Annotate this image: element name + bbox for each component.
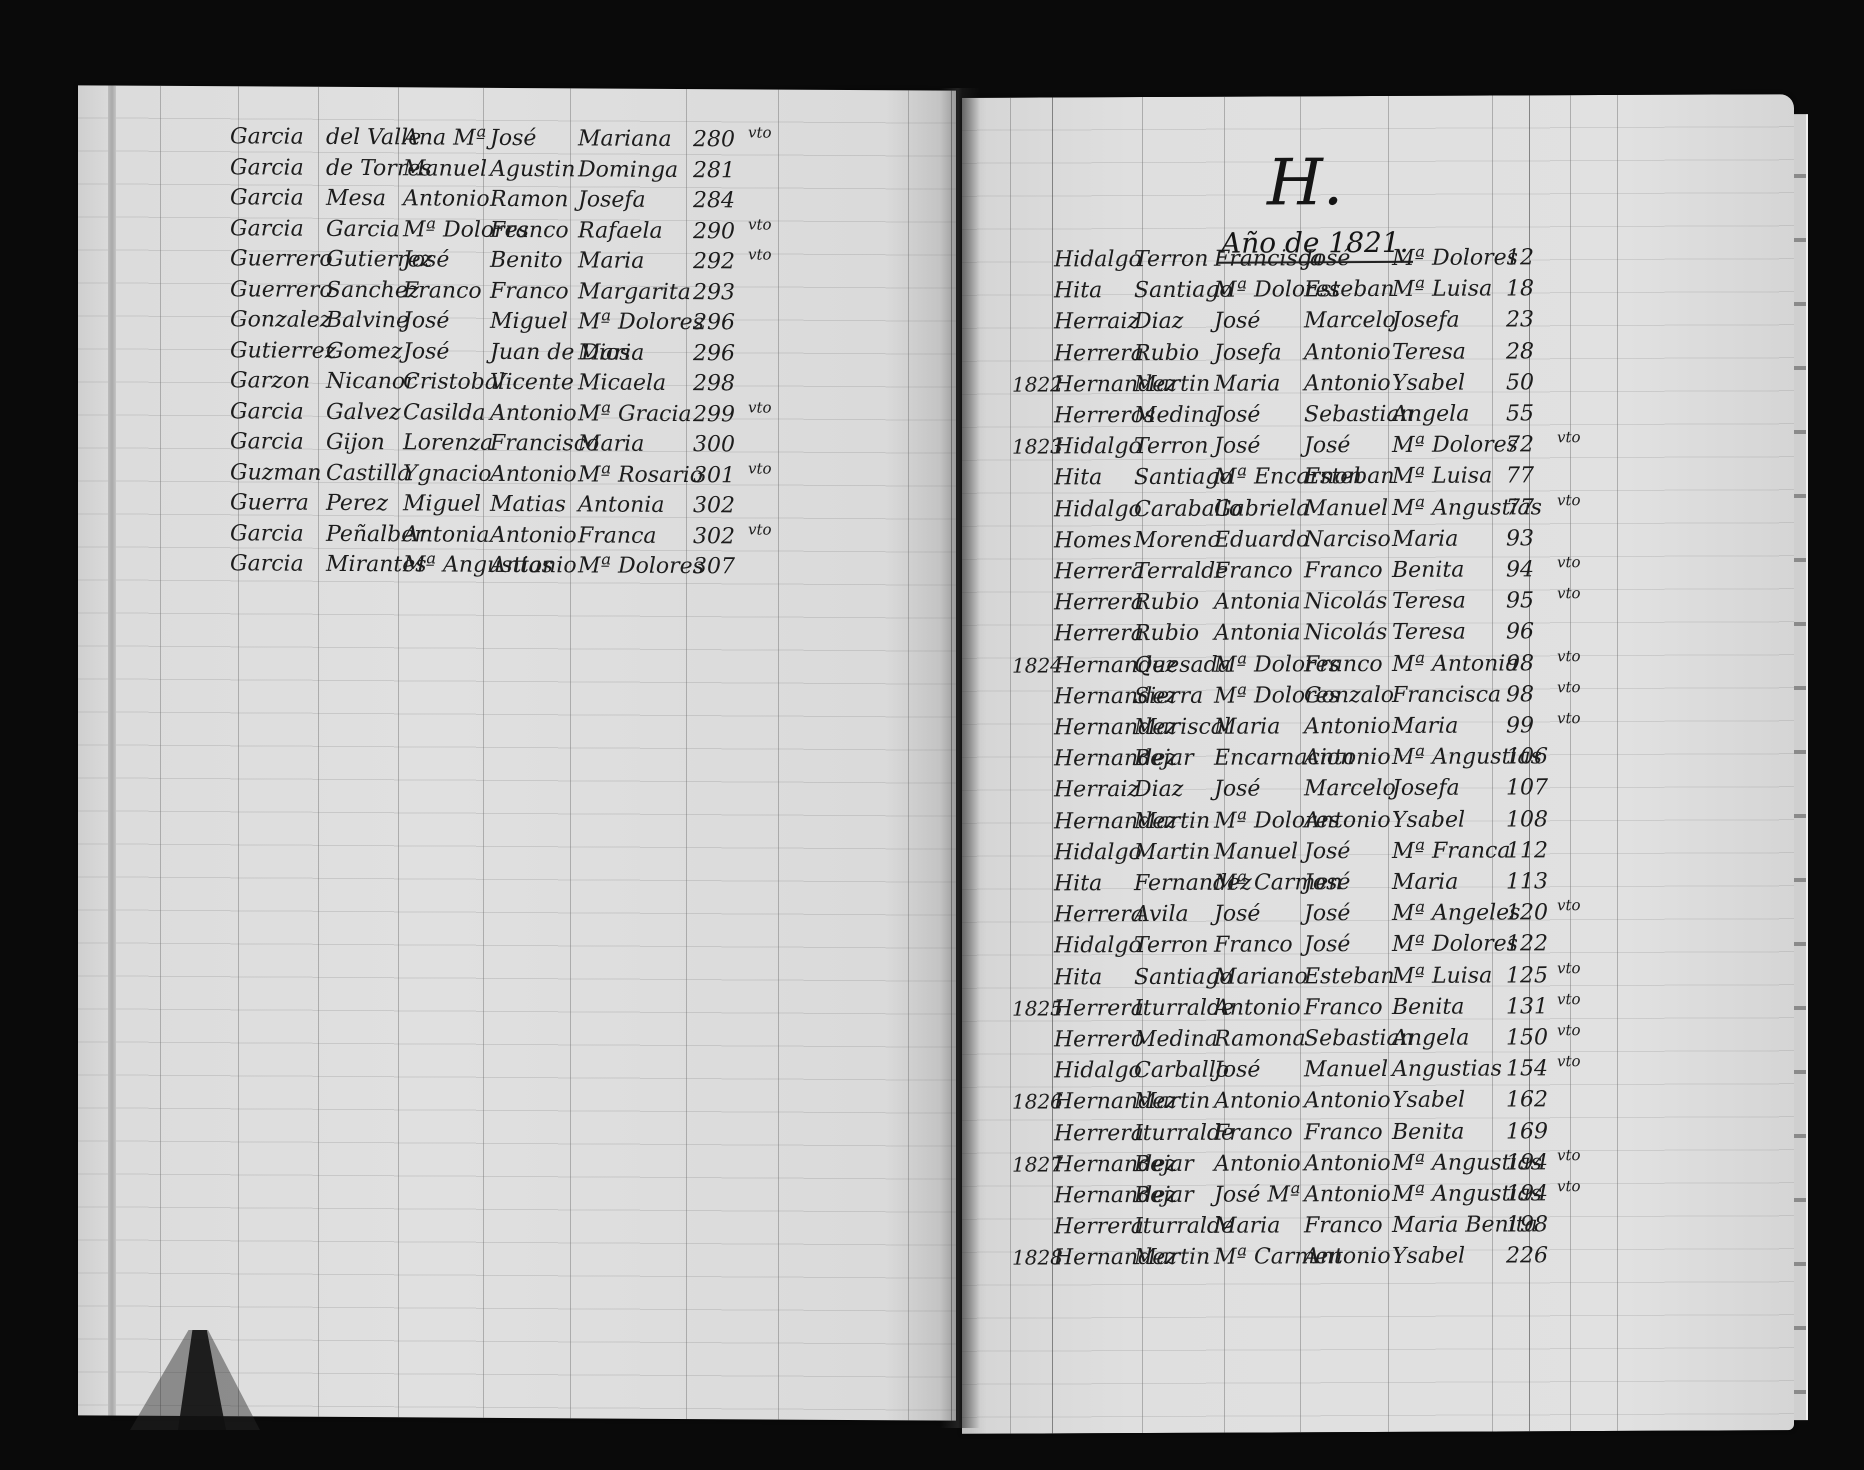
given-name: José: [1214, 309, 1260, 334]
first-surname: Garcia: [230, 521, 304, 546]
right-page: H. Año de 1821. HidalgoTerronFranciscaJo…: [962, 94, 1794, 1434]
verso-note: vto: [1557, 491, 1581, 509]
second-surname: Terron: [1134, 933, 1208, 958]
father-name: José: [1304, 433, 1350, 458]
father-name: Agustin: [490, 156, 575, 182]
verso-note: vto: [748, 123, 772, 141]
first-surname: Garcia: [230, 185, 304, 210]
mother-name: Maria: [1392, 714, 1458, 739]
first-surname: Hidalgo: [1054, 247, 1142, 272]
second-surname: Medina: [1134, 1027, 1218, 1052]
first-surname: Hita: [1054, 871, 1102, 896]
father-name: Marcelo: [1304, 308, 1396, 333]
given-name: Lorenza: [403, 430, 493, 456]
father-name: Antonio: [1304, 371, 1391, 396]
given-name: José: [1214, 403, 1260, 428]
given-name: Antonio: [403, 186, 490, 212]
father-name: Antonio: [1304, 1151, 1391, 1176]
father-name: Antonio: [490, 461, 577, 487]
folio-number: 298: [693, 371, 735, 396]
year-marker: 1827: [1012, 1152, 1057, 1176]
given-name: Antonia: [1214, 590, 1300, 615]
first-surname: Herrera: [1054, 1121, 1144, 1146]
father-name: Marcelo: [1304, 776, 1396, 801]
father-name: Franco: [490, 217, 569, 242]
mother-name: Benita: [1392, 1119, 1464, 1144]
folio-number: 281: [693, 158, 735, 183]
father-name: Miguel: [490, 309, 568, 334]
verso-note: vto: [1557, 709, 1581, 727]
second-surname: Martin: [1134, 1089, 1210, 1114]
year-marker: 1822: [1012, 372, 1057, 396]
given-name: Manuel: [403, 156, 487, 182]
mother-name: Benita: [1392, 558, 1464, 583]
verso-note: vto: [1557, 584, 1581, 602]
second-surname: Moreno: [1134, 527, 1221, 552]
page-stack-edge: [1794, 114, 1808, 1420]
first-surname: Homes: [1054, 528, 1132, 553]
folio-number: 96: [1506, 620, 1534, 645]
second-surname: Mesa: [326, 186, 386, 211]
verso-note: vto: [748, 459, 772, 477]
second-surname: Garcia: [326, 216, 400, 241]
mother-name: Micaela: [578, 370, 666, 396]
folio-number: 98: [1506, 651, 1534, 676]
folio-number: 95: [1506, 589, 1534, 614]
folio-number: 106: [1506, 744, 1548, 769]
first-surname: Hidalgo: [1054, 497, 1142, 522]
mother-name: Francisca: [1392, 682, 1501, 707]
mother-name: Mª Gracia: [578, 401, 692, 427]
mother-name: Teresa: [1392, 620, 1466, 645]
first-surname: Herrera: [1054, 1214, 1144, 1239]
given-name: Ygnacio: [403, 461, 492, 487]
father-name: Antonio: [1304, 808, 1391, 833]
folio-number: 55: [1506, 401, 1534, 426]
folio-number: 194: [1506, 1181, 1548, 1206]
mother-name: Franca: [578, 523, 657, 548]
father-name: Narciso: [1304, 527, 1391, 552]
verso-note: vto: [1557, 896, 1581, 914]
mother-name: Mª Franca: [1392, 838, 1510, 864]
page-edge-rule: [951, 91, 952, 1421]
father-name: Antonio: [1304, 745, 1391, 770]
second-surname: Gijon: [326, 430, 385, 455]
given-name: José: [1214, 434, 1260, 459]
second-surname: Perez: [326, 491, 388, 516]
first-surname: Garzon: [230, 368, 310, 393]
year-marker: 1828: [1012, 1246, 1057, 1270]
column-rule: [1570, 95, 1571, 1431]
second-surname: Martin: [1134, 808, 1210, 833]
given-name: José: [1214, 777, 1260, 802]
second-surname: Martin: [1134, 372, 1210, 397]
mother-name: Mª Dolores: [1392, 433, 1518, 459]
given-name: Franco: [1214, 1120, 1293, 1145]
verso-note: vto: [748, 245, 772, 263]
column-rule: [1010, 98, 1011, 1434]
index-letter-heading: H.: [1267, 146, 1343, 220]
given-name: José: [1214, 902, 1260, 927]
mother-name: Mª Angeles: [1392, 901, 1520, 927]
mother-name: Mariana: [578, 126, 672, 152]
father-name: Antonio: [1304, 714, 1391, 739]
given-name: Ana Mª: [403, 125, 486, 151]
verso-note: vto: [1557, 1021, 1581, 1039]
father-name: Franco: [1304, 995, 1383, 1020]
verso-note: vto: [1557, 990, 1581, 1008]
second-surname: Avila: [1134, 902, 1189, 927]
folio-number: 296: [693, 341, 735, 366]
folio-number: 50: [1506, 370, 1534, 395]
father-name: Nicolás: [1304, 589, 1387, 614]
first-surname: Guerrero: [230, 246, 333, 272]
father-name: Ramon: [490, 187, 568, 212]
first-surname: Garcia: [230, 429, 304, 454]
folio-number: 280: [693, 127, 735, 152]
given-name: Franco: [1214, 933, 1293, 958]
father-name: Antonio: [490, 400, 577, 426]
mother-name: Angustias: [1392, 1057, 1502, 1082]
folio-number: 18: [1506, 277, 1534, 302]
first-surname: Hita: [1054, 466, 1102, 491]
verso-note: vto: [1557, 647, 1581, 665]
mother-name: Ysabel: [1392, 370, 1465, 395]
mother-name: Mª Dolores: [578, 553, 704, 579]
given-name: José Mª: [1214, 1182, 1300, 1207]
first-surname: Hidalgo: [1054, 933, 1142, 958]
verso-note: vto: [1557, 428, 1581, 446]
first-surname: Gonzalez: [230, 307, 331, 333]
given-name: Franco: [403, 278, 482, 303]
folio-number: 162: [1506, 1088, 1548, 1113]
mother-name: Antonia: [578, 492, 664, 518]
father-name: Antonio: [490, 553, 577, 579]
father-name: Nicolás: [1304, 620, 1387, 645]
year-marker: 1826: [1012, 1090, 1057, 1114]
folio-number: 108: [1506, 807, 1548, 832]
first-surname: Herrera: [1054, 590, 1144, 615]
mother-name: Angela: [1392, 402, 1469, 427]
given-name: Mariano: [1214, 964, 1308, 989]
folio-number: 77: [1506, 464, 1534, 489]
first-surname: Guzman: [230, 460, 321, 486]
father-name: Esteban: [1304, 964, 1395, 989]
verso-note: vto: [748, 398, 772, 416]
folio-number: 107: [1506, 776, 1548, 801]
first-surname: Hidalgo: [1054, 1058, 1142, 1083]
father-name: José: [1304, 839, 1350, 864]
father-name: José: [1304, 901, 1350, 926]
given-name: Josefa: [1214, 340, 1282, 365]
folio-number: 290: [693, 219, 735, 244]
mother-name: Mª Luisa: [1392, 963, 1492, 988]
mother-name: Josefa: [578, 187, 646, 212]
left-page: Garciadel ValleAna MªJoséMariana280vtoGa…: [78, 85, 956, 1420]
verso-note: vto: [1557, 553, 1581, 571]
folio-number: 300: [693, 432, 735, 457]
year-marker: 1823: [1012, 435, 1057, 459]
folio-number: 112: [1506, 838, 1548, 863]
folio-number: 302: [693, 493, 735, 518]
first-surname: Garcia: [230, 551, 304, 576]
first-surname: Garcia: [230, 155, 304, 180]
folio-number: 23: [1506, 308, 1534, 333]
folio-number: 284: [693, 188, 735, 213]
mother-name: Ysabel: [1392, 807, 1465, 832]
father-name: Franco: [1304, 558, 1383, 583]
column-rule: [908, 90, 909, 1420]
first-surname: Hidalgo: [1054, 840, 1142, 865]
first-surname: Herrera: [1054, 559, 1144, 584]
first-surname: Hita: [1054, 278, 1102, 303]
first-surname: Garcia: [230, 399, 304, 424]
given-name: Gabriela: [1214, 496, 1310, 521]
year-marker: 1825: [1012, 996, 1057, 1020]
folio-number: 12: [1506, 245, 1534, 270]
column-rule: [1617, 95, 1618, 1431]
verso-note: vto: [1557, 1052, 1581, 1070]
second-surname: Medina: [1134, 403, 1218, 428]
column-rule: [778, 90, 779, 1420]
given-name: Antonio: [1214, 1089, 1301, 1114]
given-name: José: [403, 247, 449, 272]
mother-name: Angela: [1392, 1026, 1469, 1051]
second-surname: Bejar: [1134, 1183, 1194, 1208]
mother-name: Maria: [578, 248, 644, 273]
folio-number: 150: [1506, 1025, 1548, 1050]
given-name: Maria: [1214, 1214, 1280, 1239]
given-name: Antonio: [1214, 995, 1301, 1020]
father-name: Manuel: [1304, 1057, 1388, 1082]
folio-number: 302: [693, 524, 735, 549]
folio-number: 72: [1506, 433, 1534, 458]
first-surname: Garcia: [230, 124, 304, 149]
father-name: Antonio: [490, 522, 577, 548]
given-name: Antonio: [1214, 1151, 1301, 1176]
second-surname: Rubio: [1134, 340, 1199, 365]
given-name: Ramona: [1214, 1026, 1306, 1051]
second-surname: Rubio: [1134, 590, 1199, 615]
first-surname: Hita: [1054, 965, 1102, 990]
folio-number: 93: [1506, 526, 1534, 551]
folio-number: 99: [1506, 713, 1534, 738]
folio-number: 113: [1506, 869, 1548, 894]
column-rule: [160, 86, 161, 1416]
given-name: José: [403, 339, 449, 364]
father-name: Antonio: [1304, 1244, 1391, 1269]
column-rule: [1052, 97, 1053, 1433]
father-name: José: [1304, 870, 1350, 895]
first-surname: Herrera: [1054, 341, 1144, 366]
father-name: José: [1304, 246, 1350, 271]
second-surname: Rubio: [1134, 621, 1199, 646]
father-name: Esteban: [1304, 464, 1395, 489]
given-name: José: [403, 308, 449, 333]
mother-name: Teresa: [1392, 339, 1466, 364]
first-surname: Herrera: [1054, 902, 1144, 927]
mother-name: Mª Dolores: [1392, 932, 1518, 958]
father-name: Manuel: [1304, 496, 1388, 521]
father-name: Esteban: [1304, 277, 1395, 302]
first-surname: Herrera: [1054, 996, 1144, 1021]
second-surname: Terron: [1134, 434, 1208, 459]
folio-number: 131: [1506, 994, 1548, 1019]
verso-note: vto: [1557, 678, 1581, 696]
father-name: Franco: [1304, 652, 1383, 677]
first-surname: Garcia: [230, 216, 304, 241]
first-surname: Gutierrez: [230, 338, 336, 364]
folio-number: 77: [1506, 495, 1534, 520]
folio-number: 28: [1506, 339, 1534, 364]
father-name: Matias: [490, 492, 566, 517]
second-surname: Terron: [1134, 247, 1208, 272]
given-name: Manuel: [1214, 839, 1298, 864]
father-name: Benito: [490, 248, 562, 273]
father-name: Franco: [1304, 1120, 1383, 1145]
second-surname: Martin: [1134, 840, 1210, 865]
given-name: Franco: [1214, 558, 1293, 583]
folio-number: 122: [1506, 932, 1548, 957]
mother-name: Margarita: [578, 279, 691, 305]
folio-number: 292: [693, 249, 735, 274]
mother-name: Josefa: [1392, 308, 1460, 333]
folio-number: 194: [1506, 1150, 1548, 1175]
mother-name: Mª Dolores: [1392, 245, 1518, 271]
mother-name: Mª Rosario: [578, 462, 703, 488]
second-surname: Castilla: [326, 460, 410, 486]
column-rule: [570, 88, 571, 1418]
father-name: Antonio: [1304, 1182, 1391, 1207]
mother-name: Mª Dolores: [578, 309, 704, 335]
mother-name: Rafaela: [578, 218, 663, 244]
mother-name: Mª Luisa: [1392, 277, 1492, 302]
father-name: Antonio: [1304, 340, 1391, 365]
given-name: Miguel: [403, 491, 481, 516]
folio-number: 296: [693, 310, 735, 335]
first-surname: Herraiz: [1054, 777, 1139, 802]
second-surname: Balvine: [326, 308, 409, 334]
second-surname: Gomez: [326, 338, 402, 363]
column-rule: [483, 88, 484, 1418]
first-surname: Herrera: [1054, 621, 1144, 646]
folio-number: 299: [693, 402, 735, 427]
folio-number: 154: [1506, 1056, 1548, 1081]
given-name: Antonia: [1214, 621, 1300, 646]
verso-note: vto: [748, 215, 772, 233]
first-surname: Herrero: [1054, 1027, 1144, 1052]
mother-name: Maria: [578, 340, 644, 365]
mother-name: Maria: [1392, 870, 1458, 895]
first-surname: Herraiz: [1054, 309, 1139, 334]
second-surname: Galvez: [326, 399, 401, 424]
folio-number: 301: [693, 463, 735, 488]
father-name: José: [490, 126, 536, 151]
first-surname: Hidalgo: [1054, 434, 1142, 459]
folio-number: 293: [693, 280, 735, 305]
mother-name: Ysabel: [1392, 1244, 1465, 1269]
second-surname: Sierra: [1134, 684, 1203, 709]
folio-number: 120: [1506, 900, 1548, 925]
folio-number: 307: [693, 554, 735, 579]
folio-number: 198: [1506, 1212, 1548, 1237]
first-surname: Guerra: [230, 490, 309, 515]
father-name: Gonzalo: [1304, 683, 1394, 708]
mother-name: Maria: [1392, 526, 1458, 551]
verso-note: vto: [748, 520, 772, 538]
given-name: Eduardo: [1214, 527, 1309, 552]
verso-note: vto: [1557, 1146, 1581, 1164]
verso-note: vto: [1557, 1177, 1581, 1195]
given-name: Casilda: [403, 400, 486, 426]
folio-number: 169: [1506, 1119, 1548, 1144]
given-name: Antonia: [403, 522, 489, 548]
mother-name: Josefa: [1392, 776, 1460, 801]
folio-number: 226: [1506, 1244, 1548, 1269]
given-name: Maria: [1214, 714, 1280, 739]
folio-number: 94: [1506, 557, 1534, 582]
mother-name: Mª Luisa: [1392, 464, 1492, 489]
father-name: Franco: [490, 278, 569, 303]
first-surname: Guerrero: [230, 277, 333, 303]
folio-number: 125: [1506, 963, 1548, 988]
second-surname: Bejar: [1134, 1152, 1194, 1177]
mother-name: Dominga: [578, 157, 678, 183]
father-name: Antonio: [1304, 1088, 1391, 1113]
father-name: José: [1304, 933, 1350, 958]
given-name: Maria: [1214, 371, 1280, 396]
mother-name: Teresa: [1392, 589, 1466, 614]
mother-name: Benita: [1392, 994, 1464, 1019]
father-name: Franco: [1304, 1213, 1383, 1238]
father-name: Vicente: [490, 370, 574, 396]
verso-note: vto: [1557, 959, 1581, 977]
second-surname: Bejar: [1134, 746, 1194, 771]
year-marker: 1824: [1012, 653, 1057, 677]
binding-edge: [108, 86, 116, 1416]
mother-name: Ysabel: [1392, 1088, 1465, 1113]
given-name: José: [1214, 1058, 1260, 1083]
mother-name: Mª Antonia: [1392, 651, 1518, 677]
mother-name: Maria: [578, 431, 644, 456]
folio-number: 98: [1506, 682, 1534, 707]
second-surname: Diaz: [1134, 309, 1183, 334]
second-surname: Martin: [1134, 1245, 1210, 1270]
second-surname: Diaz: [1134, 777, 1183, 802]
